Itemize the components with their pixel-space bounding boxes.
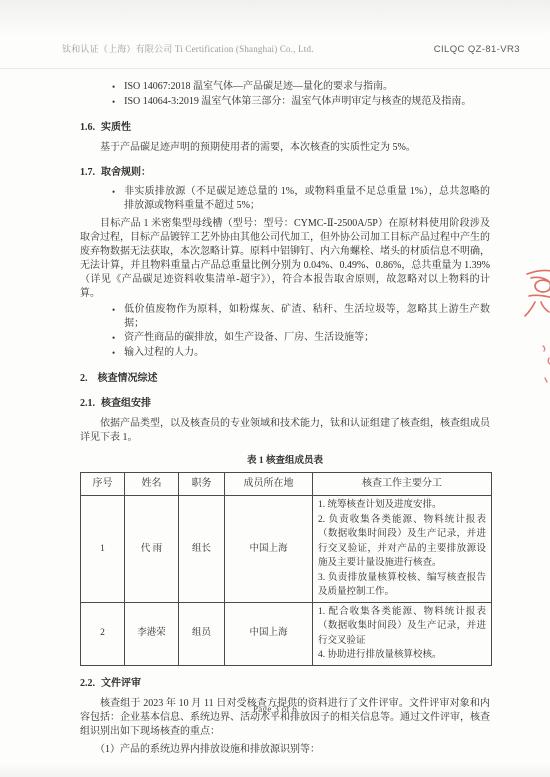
focus-point-item: （1）产品的系统边界内排放设施和排放源识别等： xyxy=(80,743,490,757)
cell-role: 组员 xyxy=(179,602,225,665)
cell-name: 代 雨 xyxy=(125,496,179,603)
section-title: 核查情况综述 xyxy=(98,373,158,384)
section-heading-1-7: 1.7.取舍规则： xyxy=(80,166,490,180)
col-header-duties: 核查工作主要分工 xyxy=(313,473,492,496)
section-number: 1.7. xyxy=(80,167,95,178)
standard-reference: ISO 14067:2018 温室气体—产品碳足迹—量化的要求与指南。 xyxy=(124,80,490,94)
cell-role: 组长 xyxy=(179,496,225,603)
document-body: ISO 14067:2018 温室气体—产品碳足迹—量化的要求与指南。 ISO … xyxy=(80,80,490,757)
document-header: 钛和认证（上海）有限公司 Ti Certification (Shanghai)… xyxy=(62,42,520,55)
section-number: 2. xyxy=(80,373,88,384)
list-item: 资产性商品的碳排放，如生产设备、厂房、生活设施等； xyxy=(80,331,490,346)
section-heading-2-1: 2.1.核查组安排 xyxy=(80,397,490,411)
bullet-dot-icon xyxy=(112,303,115,318)
table-row: 2 李港荣 组员 中国上海 1. 配合收集各类能源、物料统计报表（数据收集时间段… xyxy=(81,602,492,665)
cell-name: 李港荣 xyxy=(125,602,179,665)
cutoff-rule: 输入过程的人力。 xyxy=(124,346,490,360)
cell-location: 中国上海 xyxy=(225,496,313,603)
section-title: 实质性 xyxy=(101,122,131,133)
paragraph-cutoff-detail: 目标产品 1 米密集型母线槽（型号：型号：CYMC-Ⅱ-2500A/5P）在原材… xyxy=(80,217,490,301)
duty-item: 3. 负责排放量核算校核、编写核查报告及质量控制工作。 xyxy=(318,571,486,600)
col-header-role: 职务 xyxy=(179,473,225,496)
cutoff-rule: 非实质排放源（不足碳足迹总量的 1%，或物料重量不足总重量 1%），总共忽略的排… xyxy=(124,185,490,213)
audit-team-table: 序号 姓名 职务 成员所在地 核查工作主要分工 1 代 雨 组长 中国上海 1.… xyxy=(80,472,492,666)
standards-bullet-list: ISO 14067:2018 温室气体—产品碳足迹—量化的要求与指南。 ISO … xyxy=(80,80,490,110)
list-item: 输入过程的人力。 xyxy=(80,346,490,361)
table-row: 1 代 雨 组长 中国上海 1. 统筹核查计划及进度安排。 2. 负责收集各类能… xyxy=(81,496,492,603)
section-heading-2: 2.核查情况综述 xyxy=(80,372,490,386)
paragraph-team-arrangement: 依据产品类型，以及核查员的专业领域和技术能力，钛和认证组建了核查组，核查组成员详… xyxy=(80,417,490,445)
scan-edge-shade-top xyxy=(0,0,550,36)
list-item: ISO 14064-3:2019 温室气体第三部分：温室气体声明审定与核查的规范… xyxy=(80,95,490,110)
document-code: CILQC QZ-81-VR3 xyxy=(434,44,520,55)
paragraph-materiality: 基于产品碳足迹声明的预期使用者的需要，本次核查的实质性定为 5%。 xyxy=(80,141,490,155)
list-item: 低价值废物作为原料，如粉煤灰、矿渣、秸秆、生活垃圾等，忽略其上游生产数据； xyxy=(80,303,490,331)
section-title: 核查组安排 xyxy=(101,398,151,409)
section-title: 取舍规则： xyxy=(101,167,151,178)
col-header-no: 序号 xyxy=(81,473,125,496)
cutoff-rule: 低价值废物作为原料，如粉煤灰、矿渣、秸秆、生活垃圾等，忽略其上游生产数据； xyxy=(124,303,490,331)
table-header-row: 序号 姓名 职务 成员所在地 核查工作主要分工 xyxy=(81,473,492,496)
section-heading-1-6: 1.6.实质性 xyxy=(80,121,490,135)
cutoff-rule: 资产性商品的碳排放，如生产设备、厂房、生活设施等； xyxy=(124,331,490,345)
section-title: 文件评审 xyxy=(101,678,141,689)
scanned-document-page: 钛和认证（上海）有限公司 Ti Certification (Shanghai)… xyxy=(0,0,550,777)
section-number: 2.2. xyxy=(80,678,95,689)
cell-no: 1 xyxy=(81,496,125,603)
duty-item: 4. 协助进行排放量核算校核。 xyxy=(318,648,486,663)
duty-item: 1. 统筹核查计划及进度安排。 xyxy=(318,498,486,513)
bullet-dot-icon xyxy=(112,95,115,110)
duty-item: 2. 负责收集各类能源、物料统计报表（数据收集时间段）及生产记录，并进行交叉验证… xyxy=(318,513,486,571)
list-item: ISO 14067:2018 温室气体—产品碳足迹—量化的要求与指南。 xyxy=(80,80,490,95)
table-caption: 表 1 核查组成员表 xyxy=(80,454,490,468)
standard-reference: ISO 14064-3:2019 温室气体第三部分：温室气体声明审定与核查的规范… xyxy=(124,95,490,109)
col-header-location: 成员所在地 xyxy=(225,473,313,496)
section-number: 2.1. xyxy=(80,398,95,409)
list-item: 非实质排放源（不足碳足迹总量的 1%，或物料重量不足总重量 1%），总共忽略的排… xyxy=(80,185,490,213)
cell-no: 2 xyxy=(81,602,125,665)
scan-edge-shade-bottom xyxy=(0,763,550,777)
cutoff-rules-list-top: 非实质排放源（不足碳足迹总量的 1%，或物料重量不足总重量 1%），总共忽略的排… xyxy=(80,185,490,213)
cutoff-rules-list-bottom: 低价值废物作为原料，如粉煤灰、矿渣、秸秆、生活垃圾等，忽略其上游生产数据； 资产… xyxy=(80,303,490,361)
red-ink-annotation-mark xyxy=(513,250,550,400)
col-header-name: 姓名 xyxy=(125,473,179,496)
bullet-dot-icon xyxy=(112,346,115,361)
section-heading-2-2: 2.2.文件评审 xyxy=(80,677,490,691)
cell-location: 中国上海 xyxy=(225,602,313,665)
bullet-dot-icon xyxy=(112,80,115,95)
company-name: 钛和认证（上海）有限公司 Ti Certification (Shanghai)… xyxy=(62,42,314,55)
duty-item: 1. 配合收集各类能源、物料统计报表（数据收集时间段）及生产记录，并进行交叉验证 xyxy=(318,605,486,649)
cell-duties: 1. 配合收集各类能源、物料统计报表（数据收集时间段）及生产记录，并进行交叉验证… xyxy=(313,602,492,665)
paragraph-document-review: 核查组于 2023 年 10 月 11 日对受核查方提供的资料进行了文件评审。文… xyxy=(80,697,490,739)
header-divider xyxy=(0,68,550,69)
page-number-footer: Page 3 of 6 xyxy=(0,704,550,714)
bullet-dot-icon xyxy=(112,331,115,346)
cell-duties: 1. 统筹核查计划及进度安排。 2. 负责收集各类能源、物料统计报表（数据收集时… xyxy=(313,496,492,603)
bullet-dot-icon xyxy=(112,185,115,200)
section-number: 1.6. xyxy=(80,122,95,133)
